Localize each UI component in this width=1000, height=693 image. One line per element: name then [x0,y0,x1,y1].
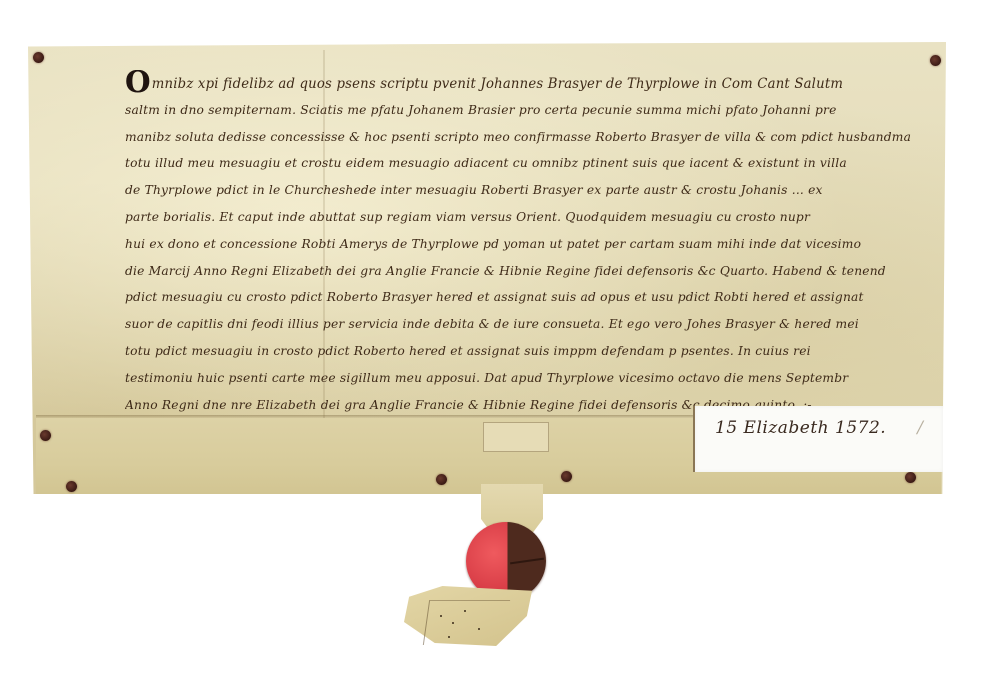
text-line-3: manibz soluta dedisse concessisse & hoc … [125,124,938,151]
wormhole-icon [452,622,454,624]
text-line-11: totu pdict mesuagiu in crosto pdict Robe… [125,338,938,365]
text-line-7: hui ex dono et concessione Robti Amerys … [125,231,938,258]
nail-hole-icon [40,430,51,441]
nail-hole-icon [436,474,447,485]
nail-hole-icon [66,481,77,492]
decorated-initial: O [125,70,151,97]
wormhole-icon [478,628,480,630]
archival-date-label: 15 Elizabeth 1572. / [693,406,943,472]
label-date-text: 15 Elizabeth 1572. [715,418,886,438]
text-line-5: de Thyrplowe pdict in le Churcheshede in… [125,177,938,204]
nail-hole-icon [561,471,572,482]
wormhole-icon [464,610,466,612]
text-line-10: suor de capitlis dni feodi illius per se… [125,311,938,338]
text-line-2: saltm in dno sempiternam. Sciatis me pfa… [125,97,938,124]
seal-tag-slot [483,422,549,452]
text-line-4: totu illud meu mesuagiu et crostu eidem … [125,150,938,177]
text-line-12: testimoniu huic psenti carte mee sigillu… [125,365,938,392]
nail-hole-icon [33,52,44,63]
nail-hole-icon [930,55,941,66]
text-line-8: die Marcij Anno Regni Elizabeth dei gra … [125,258,938,285]
tag-fold-edge [423,600,510,645]
text-line-6: parte borialis. Et caput inde abuttat su… [125,204,938,231]
wormhole-icon [448,636,450,638]
wormhole-icon [440,615,442,617]
text-line-9: pdict mesuagiu cu crosto pdict Roberto B… [125,284,938,311]
deed-text: Omnibz xpi fidelibz ad quos psens script… [125,70,955,418]
nail-hole-icon [905,472,916,483]
label-mark: / [917,418,923,438]
text-line-1: Omnibz xpi fidelibz ad quos psens script… [125,70,938,97]
